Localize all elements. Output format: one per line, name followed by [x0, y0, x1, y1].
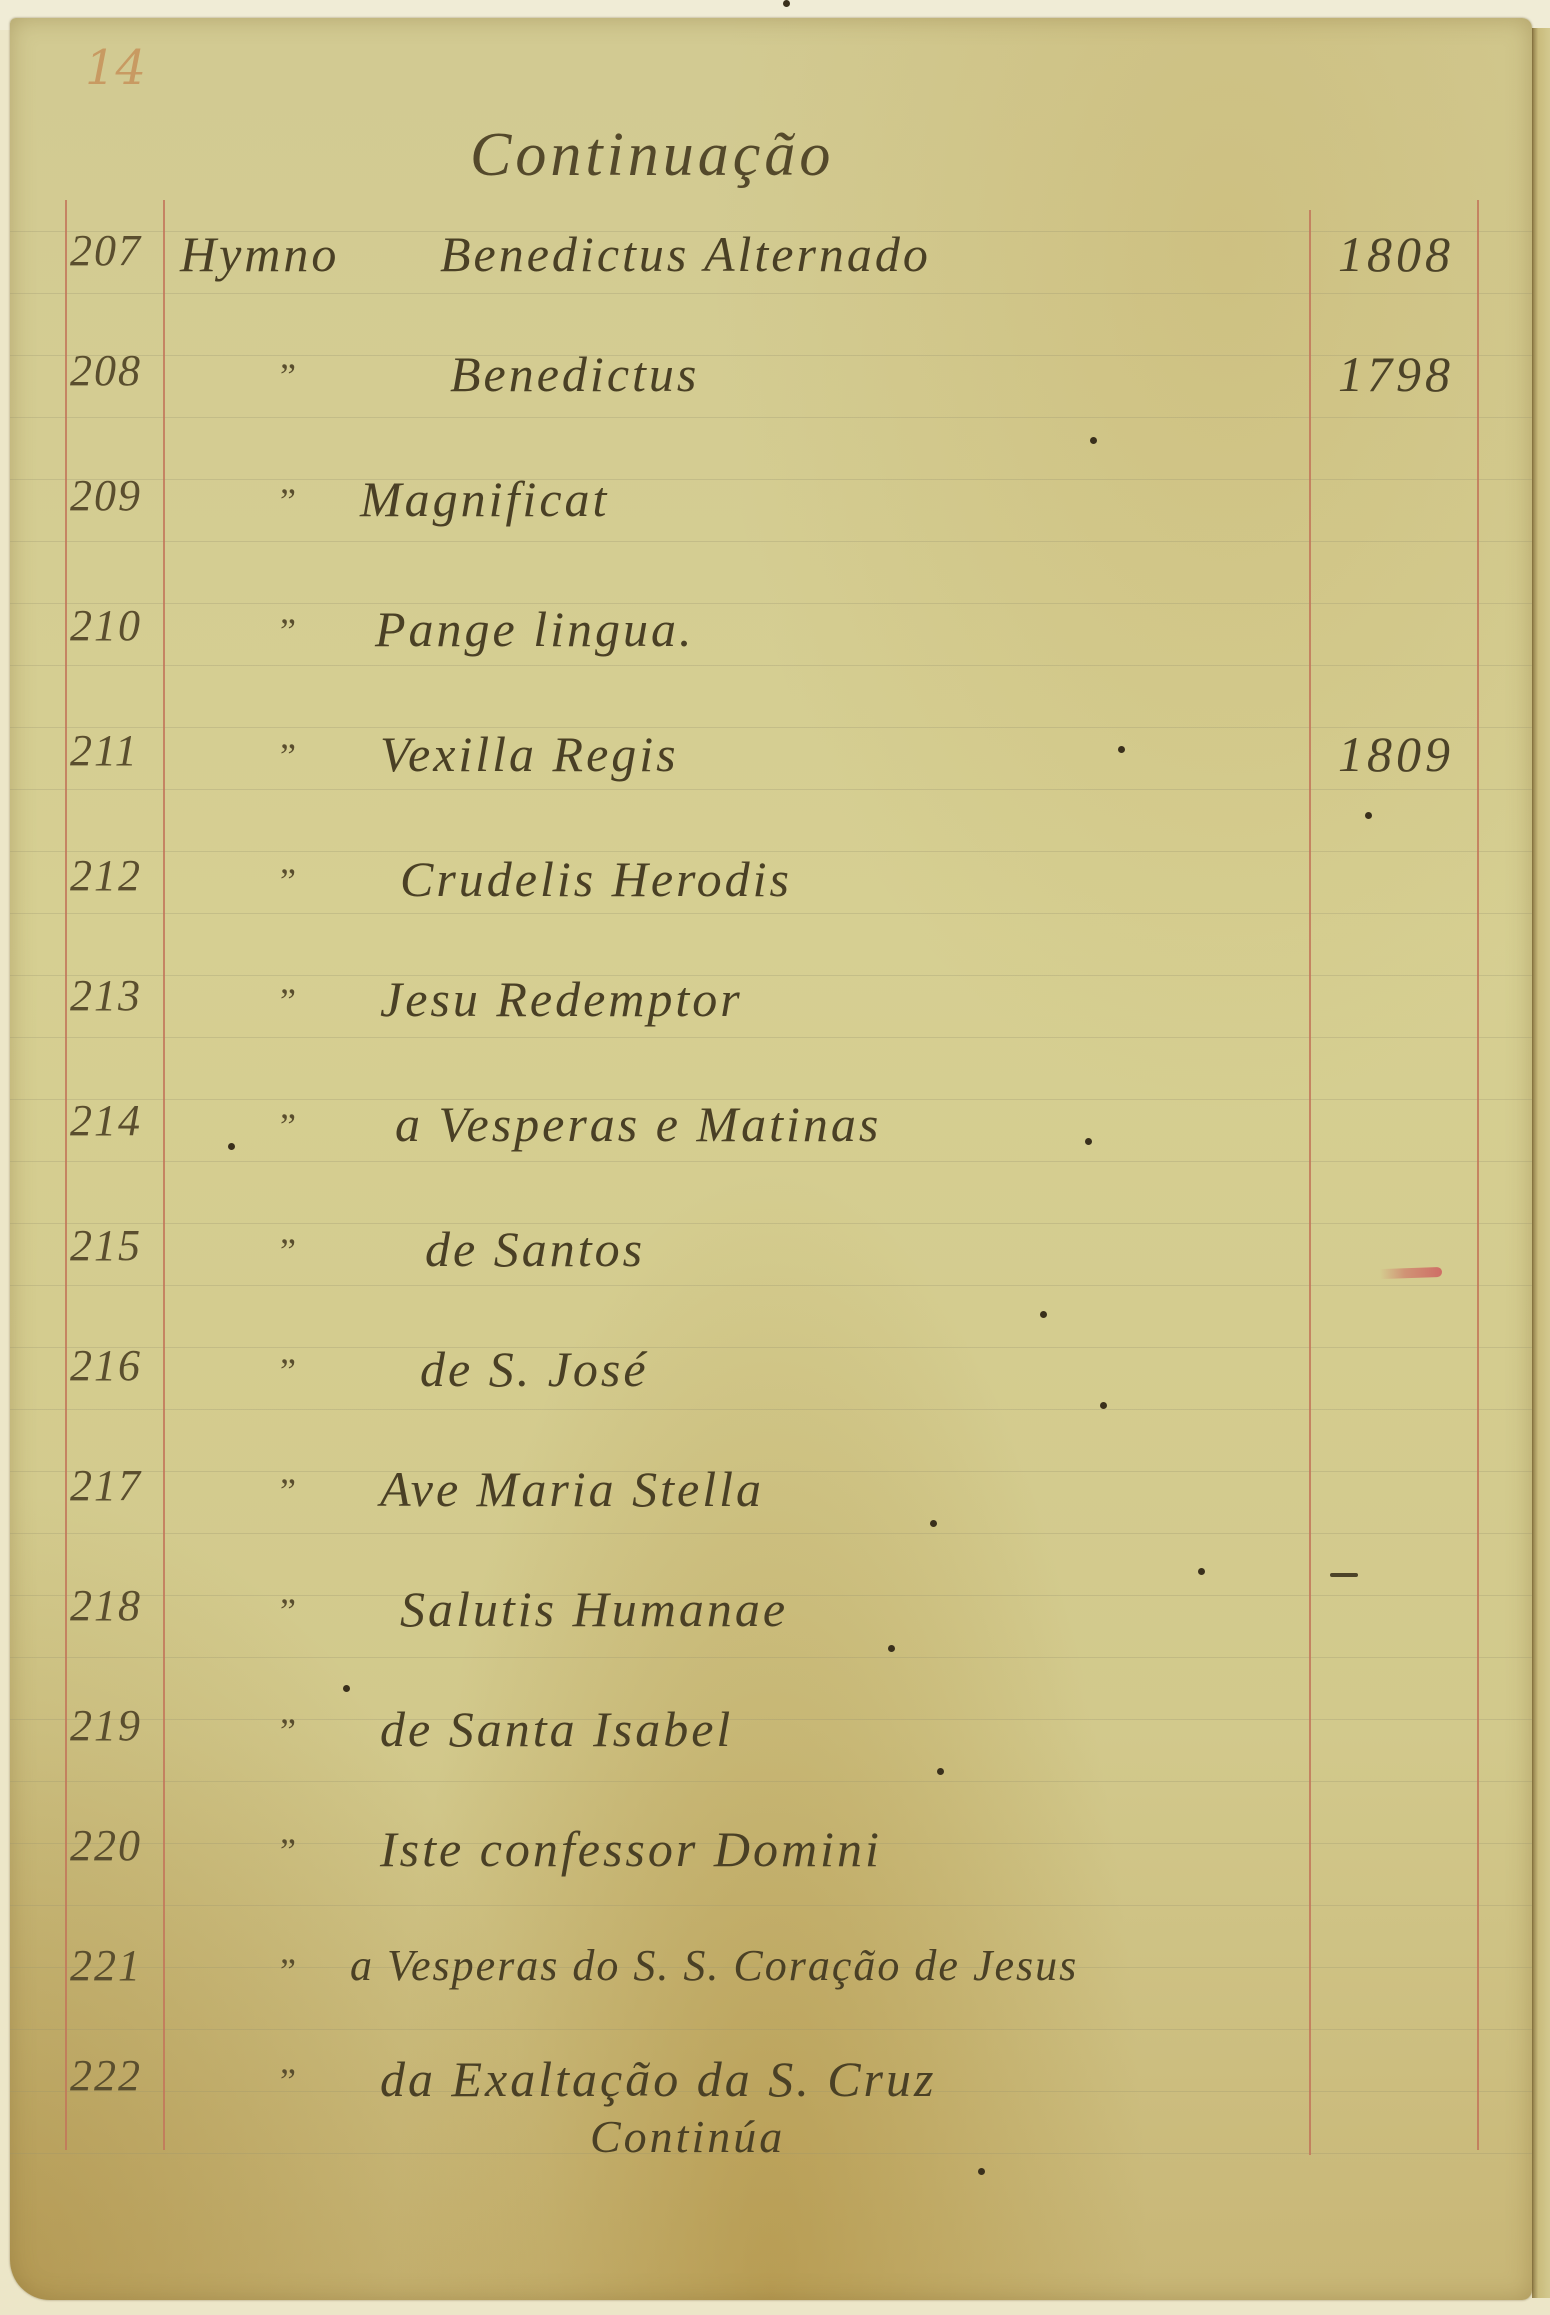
ditto-mark: ” — [280, 1830, 296, 1872]
page-heading: Continuação — [470, 120, 834, 191]
entry-row: 216 ” de S. José — [0, 1340, 1550, 1430]
entry-title: a Vesperas e Matinas — [395, 1095, 881, 1153]
ink-speck — [783, 0, 790, 7]
ditto-mark: ” — [280, 1105, 296, 1147]
entry-title: de Santa Isabel — [380, 1700, 733, 1758]
entry-row: 217 ” Ave Maria Stella — [0, 1460, 1550, 1550]
ditto-mark: ” — [280, 1710, 296, 1752]
entry-title: Pange lingua. — [375, 600, 695, 658]
entry-number: 211 — [70, 725, 162, 776]
ditto-mark: ” — [280, 860, 296, 902]
entry-title: a Vesperas do S. S. Coração de Jesus — [350, 1940, 1078, 1991]
entry-row: 211 ” Vexilla Regis 1809 — [0, 725, 1550, 815]
page-number: 14 — [85, 40, 146, 96]
ink-speck — [1040, 1311, 1047, 1318]
entry-number: 214 — [70, 1095, 162, 1146]
entry-row: 214 ” a Vesperas e Matinas — [0, 1095, 1550, 1185]
entry-title: Benedictus — [450, 345, 699, 403]
ink-speck — [888, 1645, 895, 1652]
entry-title: Crudelis Herodis — [400, 850, 792, 908]
entry-row: 213 ” Jesu Redemptor — [0, 970, 1550, 1060]
entry-title: Iste confessor Domini — [380, 1820, 882, 1878]
ditto-mark: ” — [280, 1350, 296, 1392]
entry-number: 221 — [70, 1940, 162, 1991]
entry-row: 221 ” a Vesperas do S. S. Coração de Jes… — [0, 1940, 1550, 2030]
entry-number: 207 — [70, 225, 162, 276]
year-dash-mark — [1330, 1573, 1358, 1577]
entry-row: 220 ” Iste confessor Domini — [0, 1820, 1550, 1910]
ink-speck — [1100, 1402, 1107, 1409]
entry-number: 220 — [70, 1820, 162, 1871]
entry-number: 217 — [70, 1460, 162, 1511]
entry-number: 208 — [70, 345, 162, 396]
entry-row: 207 Hymno Benedictus Alternado 1808 — [0, 225, 1550, 315]
entry-number: 216 — [70, 1340, 162, 1391]
entry-number: 218 — [70, 1580, 162, 1631]
ditto-mark: ” — [280, 1230, 296, 1272]
entry-number: 212 — [70, 850, 162, 901]
entry-row: 215 ” de Santos — [0, 1220, 1550, 1310]
entry-number: 213 — [70, 970, 162, 1021]
entry-title: de Santos — [425, 1220, 645, 1278]
entry-title: Vexilla Regis — [380, 725, 679, 783]
ink-speck — [978, 2168, 985, 2175]
entry-title: Magnificat — [360, 470, 609, 528]
entry-title: Salutis Humanae — [400, 1580, 788, 1638]
ink-speck — [1198, 1568, 1205, 1575]
ink-speck — [1365, 812, 1372, 819]
ink-speck — [343, 1685, 350, 1692]
ink-speck — [937, 1768, 944, 1775]
ditto-mark: ” — [280, 355, 296, 397]
ditto-mark: ” — [280, 610, 296, 652]
entry-number: 222 — [70, 2050, 162, 2101]
ditto-mark: ” — [280, 980, 296, 1022]
entry-row: 212 ” Crudelis Herodis — [0, 850, 1550, 940]
entry-row: 208 ” Benedictus 1798 — [0, 345, 1550, 435]
ink-speck — [228, 1143, 235, 1150]
entry-year: 1798 — [1338, 345, 1454, 403]
ditto-mark: ” — [280, 2060, 296, 2102]
entry-number: 219 — [70, 1700, 162, 1751]
entry-title: Benedictus Alternado — [440, 225, 931, 283]
entry-row: 210 ” Pange lingua. — [0, 600, 1550, 690]
ditto-mark: ” — [280, 1590, 296, 1632]
ditto-mark: ” — [280, 1950, 296, 1992]
entry-prefix: Hymno — [180, 225, 339, 283]
entry-year: 1809 — [1338, 725, 1454, 783]
entry-title: Jesu Redemptor — [380, 970, 743, 1028]
entry-row: 209 ” Magnificat — [0, 470, 1550, 560]
entry-row: 219 ” de Santa Isabel — [0, 1700, 1550, 1790]
ink-speck — [1085, 1138, 1092, 1145]
ditto-mark: ” — [280, 480, 296, 522]
ditto-mark: ” — [280, 735, 296, 777]
entry-number: 209 — [70, 470, 162, 521]
entry-title: Ave Maria Stella — [380, 1460, 764, 1518]
entry-row: 218 ” Salutis Humanae — [0, 1580, 1550, 1670]
entry-year: 1808 — [1338, 225, 1454, 283]
ditto-mark: ” — [280, 1470, 296, 1512]
continued-note: Continúa — [590, 2110, 785, 2163]
entry-title: de S. José — [420, 1340, 649, 1398]
ink-speck — [1090, 437, 1097, 444]
entry-number: 215 — [70, 1220, 162, 1271]
ink-speck — [930, 1520, 937, 1527]
entry-title: da Exaltação da S. Cruz — [380, 2050, 936, 2108]
ink-speck — [1118, 746, 1125, 753]
entry-number: 210 — [70, 600, 162, 651]
